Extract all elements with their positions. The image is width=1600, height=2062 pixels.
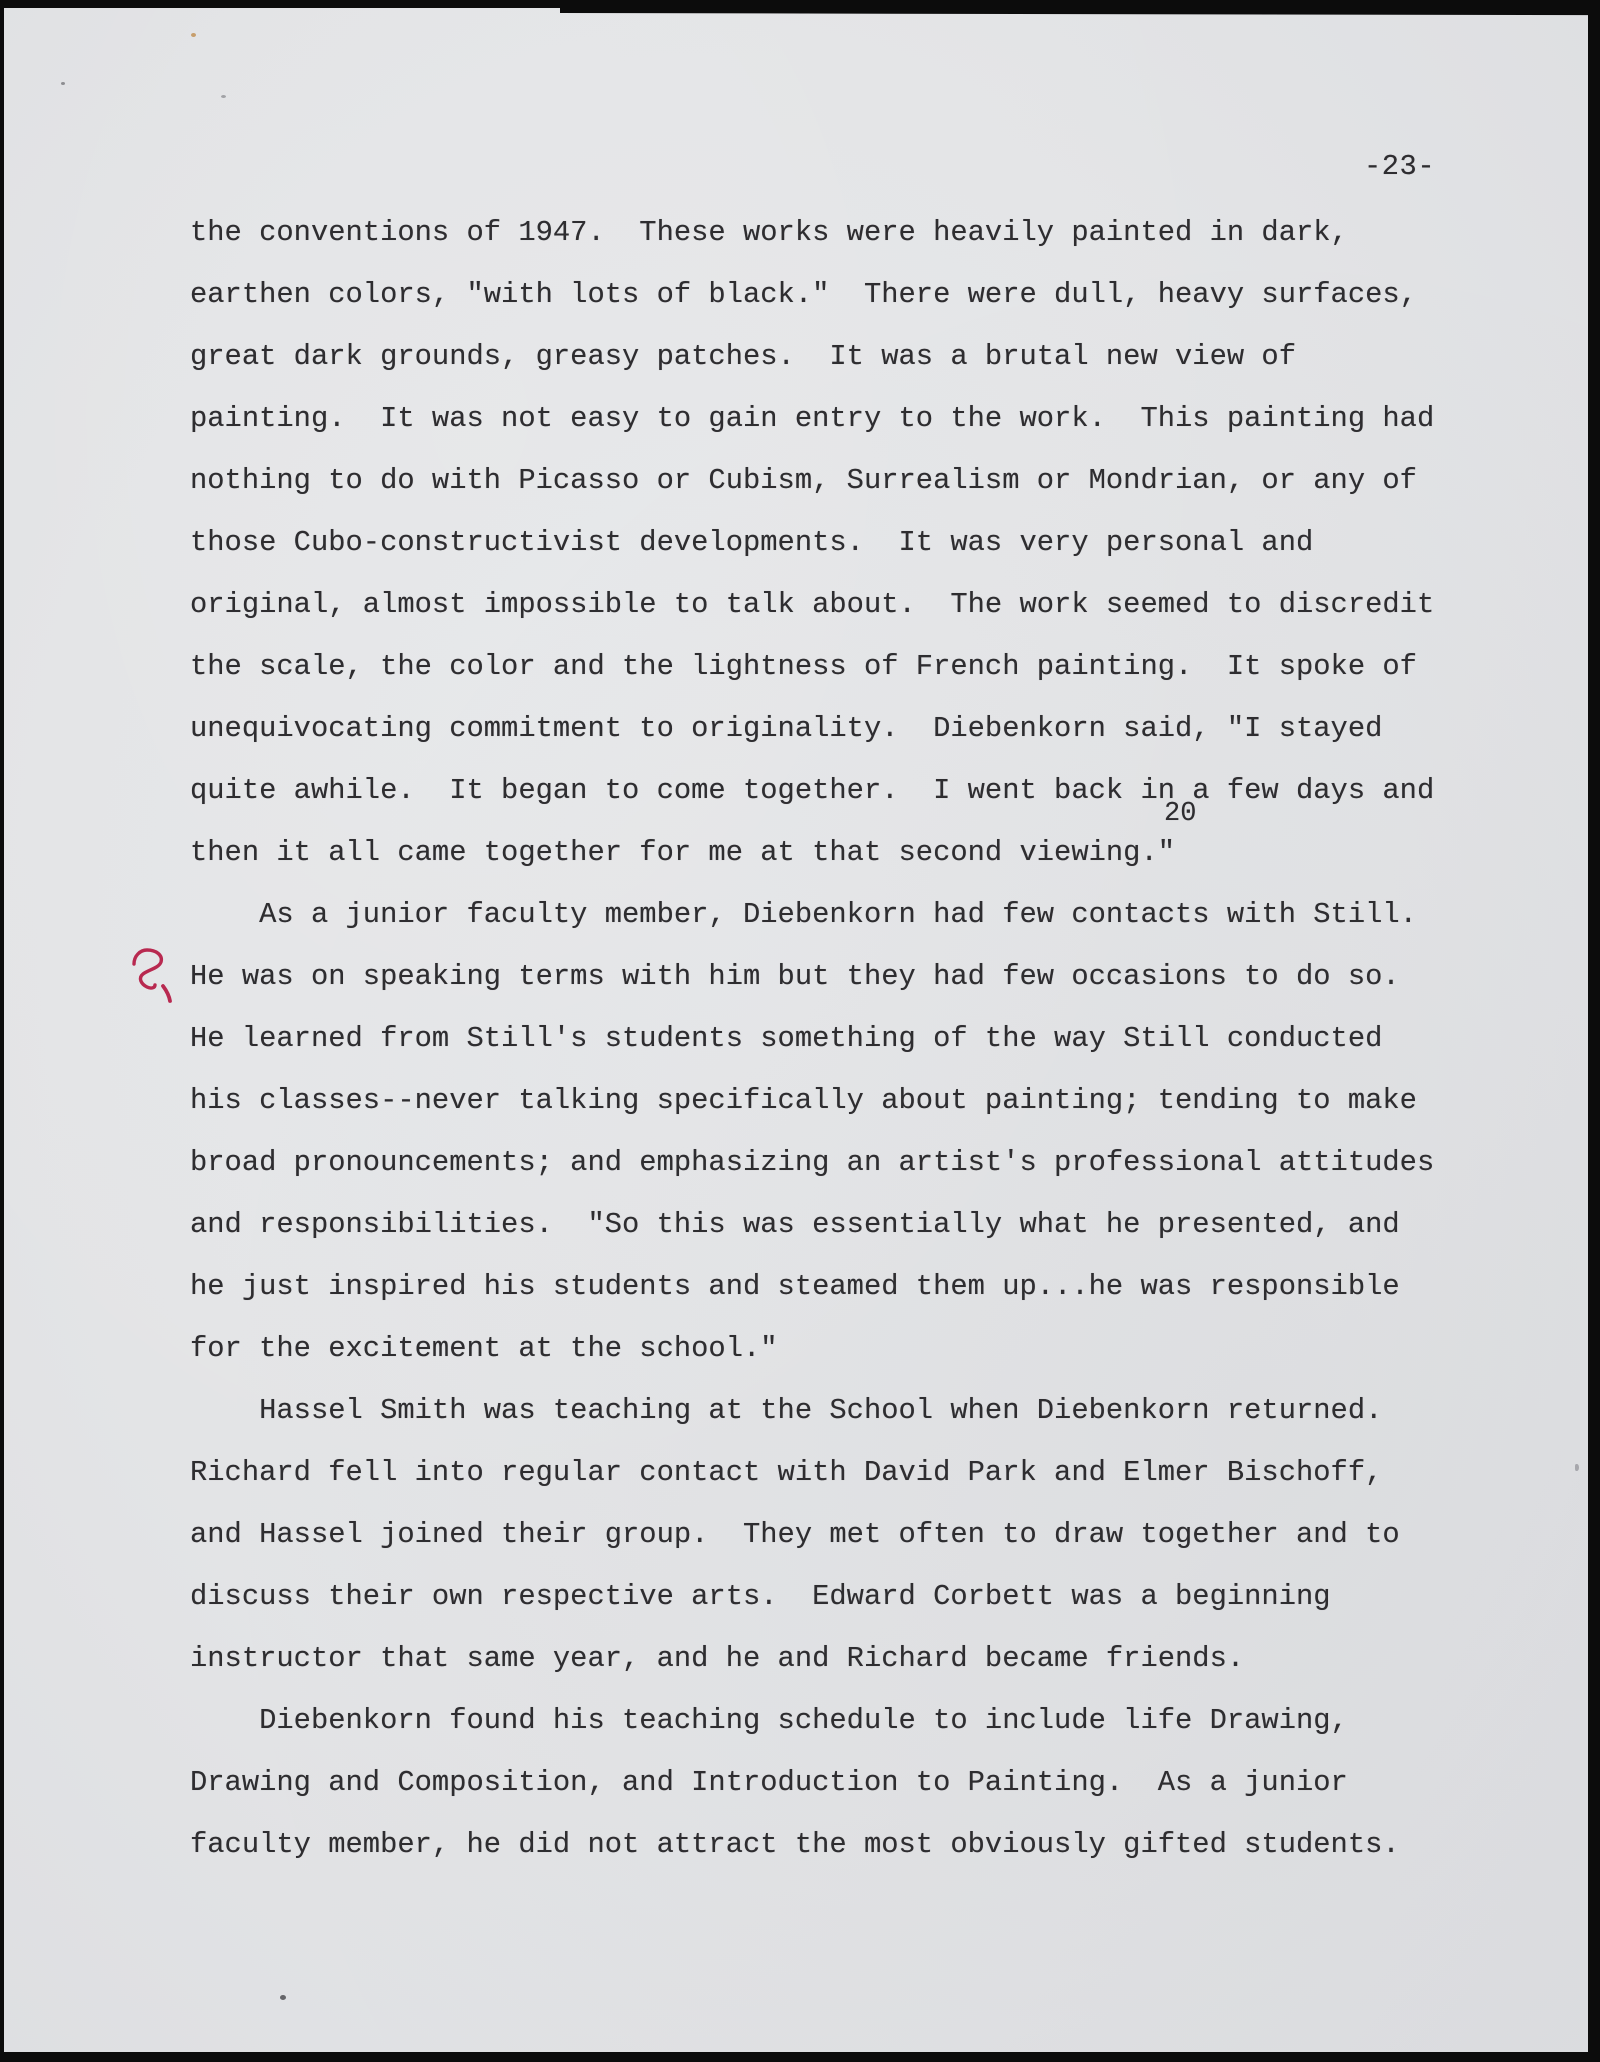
text-line: He was on speaking terms with him but th… — [190, 946, 1520, 1008]
typescript-text-block: the conventions of 1947. These works wer… — [190, 202, 1520, 1876]
text-line: Drawing and Composition, and Introductio… — [190, 1752, 1520, 1814]
text-line: painting. It was not easy to gain entry … — [190, 388, 1520, 450]
page-paper: -23- the conventions of 1947. These work… — [4, 8, 1588, 2052]
text-line: he just inspired his students and steame… — [190, 1256, 1520, 1318]
text-line: and responsibilities. "So this was essen… — [190, 1194, 1520, 1256]
text-line: the scale, the color and the lightness o… — [190, 636, 1520, 698]
text-line: the conventions of 1947. These works wer… — [190, 202, 1520, 264]
text-line: He learned from Still's students somethi… — [190, 1008, 1520, 1070]
text-line: Hassel Smith was teaching at the School … — [190, 1380, 1520, 1442]
text-line: Richard fell into regular contact with D… — [190, 1442, 1520, 1504]
page-number: -23- — [1364, 153, 1435, 182]
text-line: Diebenkorn found his teaching schedule t… — [190, 1690, 1520, 1752]
scan-speck — [191, 33, 196, 37]
text-line: nothing to do with Picasso or Cubism, Su… — [190, 450, 1520, 512]
margin-query-mark-comma — [163, 986, 170, 1001]
margin-query-mark-stroke — [134, 950, 161, 988]
margin-query-mark-icon — [130, 947, 176, 1005]
footnote-marker: 20 — [1164, 801, 1196, 828]
scan-speck — [221, 95, 226, 98]
text-line: faculty member, he did not attract the m… — [190, 1814, 1520, 1876]
scan-speck — [61, 82, 65, 85]
scanned-typescript-page: -23- the conventions of 1947. These work… — [0, 0, 1600, 2062]
text-line: broad pronouncements; and emphasizing an… — [190, 1132, 1520, 1194]
text-line: his classes--never talking specifically … — [190, 1070, 1520, 1132]
text-line: great dark grounds, greasy patches. It w… — [190, 326, 1520, 388]
text-line: and Hassel joined their group. They met … — [190, 1504, 1520, 1566]
scan-speck — [1575, 1464, 1579, 1471]
text-line: discuss their own respective arts. Edwar… — [190, 1566, 1520, 1628]
text-line: original, almost impossible to talk abou… — [190, 574, 1520, 636]
text-line: then it all came together for me at that… — [190, 822, 1520, 884]
text-line: earthen colors, "with lots of black." Th… — [190, 264, 1520, 326]
text-line: instructor that same year, and he and Ri… — [190, 1628, 1520, 1690]
text-line: unequivocating commitment to originality… — [190, 698, 1520, 760]
text-line: those Cubo-constructivist developments. … — [190, 512, 1520, 574]
text-line: As a junior faculty member, Diebenkorn h… — [190, 884, 1520, 946]
text-line: for the excitement at the school." — [190, 1318, 1520, 1380]
text-line: quite awhile. It began to come together.… — [190, 760, 1520, 822]
scan-black-edge — [560, 0, 1600, 15]
scan-speck — [280, 1995, 286, 2000]
